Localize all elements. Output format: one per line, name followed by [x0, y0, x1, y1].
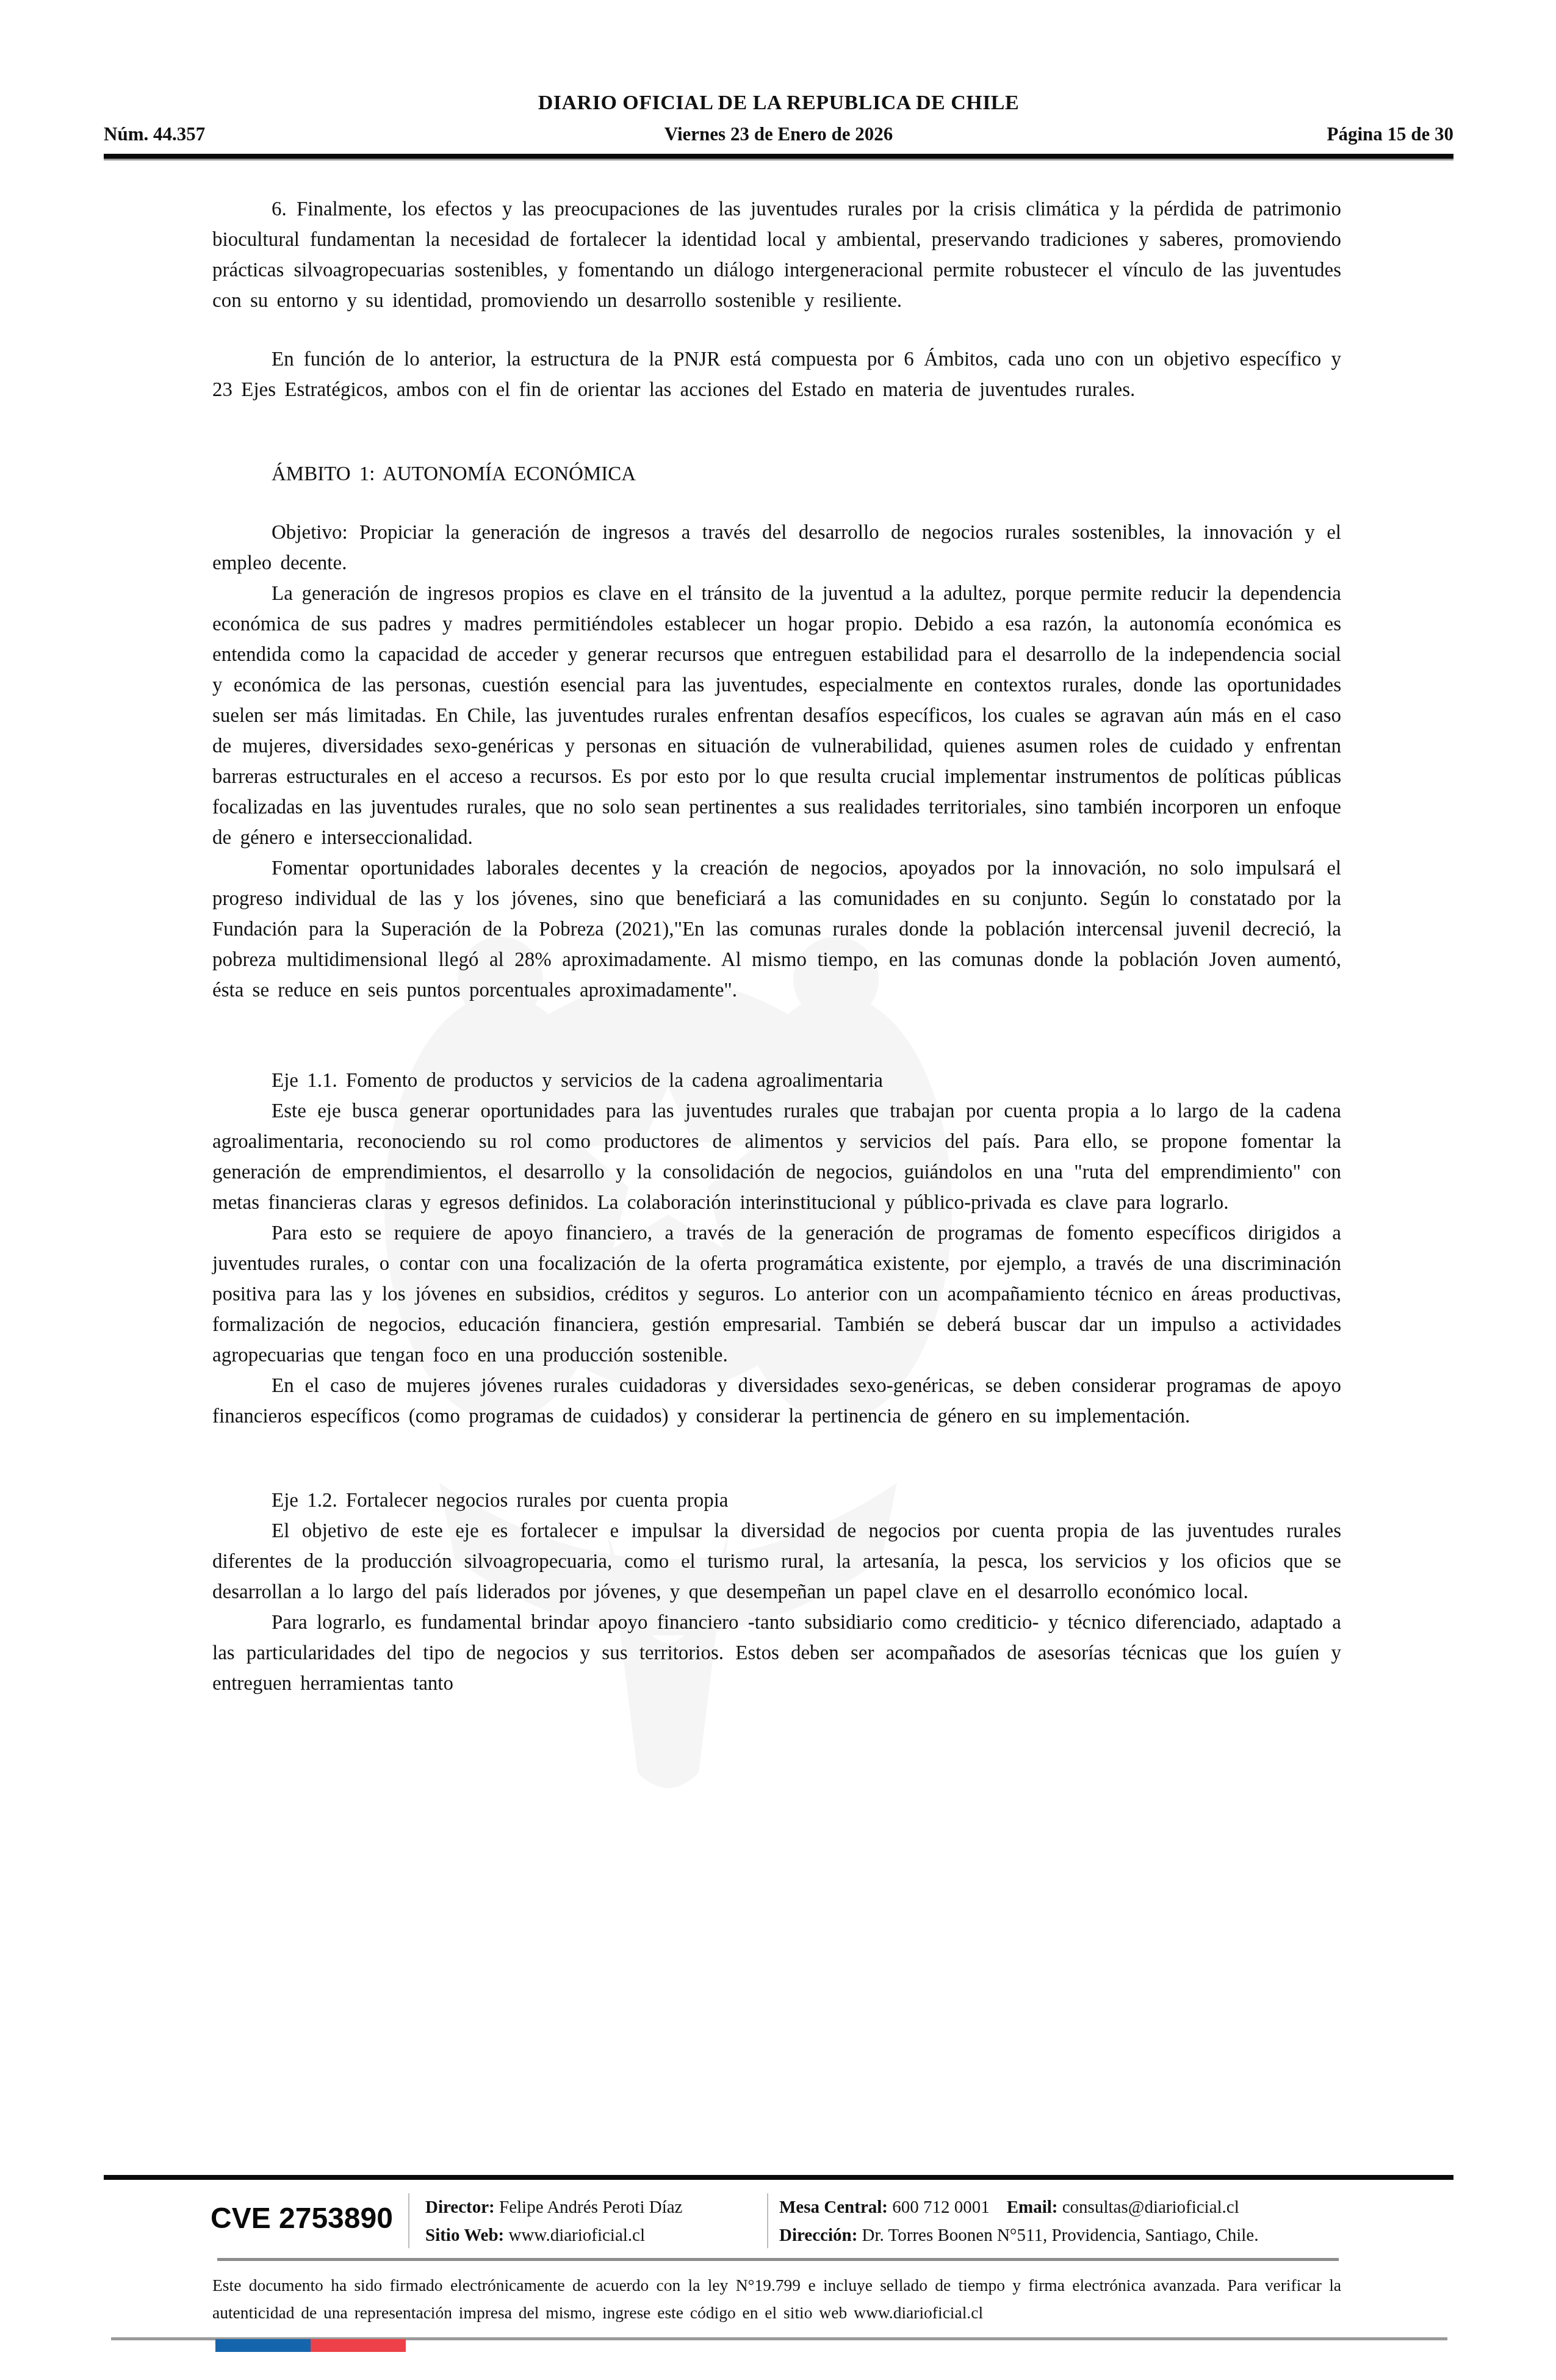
section-heading: ÁMBITO 1: AUTONOMÍA ECONÓMICA: [212, 459, 1341, 489]
director-line: Director: Felipe Andrés Peroti Díaz: [425, 2193, 682, 2221]
paragraph: Para esto se requiere de apoyo financier…: [212, 1218, 1341, 1371]
footer-top-rule: [104, 2175, 1453, 2180]
section-heading: Eje 1.1. Fomento de productos y servicio…: [212, 1066, 1341, 1096]
page-header: DIARIO OFICIAL DE LA REPUBLICA DE CHILE …: [104, 92, 1453, 145]
section-heading: Eje 1.2. Fortalecer negocios rurales por…: [212, 1485, 1341, 1516]
flag-red-band: [311, 2339, 406, 2352]
paragraph: Este eje busca generar oportunidades par…: [212, 1096, 1341, 1218]
paragraph: Para lograrlo, es fundamental brindar ap…: [212, 1607, 1341, 1699]
email-label: Email:: [1007, 2198, 1058, 2217]
header-meta-row: Núm. 44.357 Viernes 23 de Enero de 2026 …: [104, 123, 1453, 145]
paragraph: En función de lo anterior, la estructura…: [212, 344, 1341, 405]
paragraph: En el caso de mujeres jóvenes rurales cu…: [212, 1371, 1341, 1432]
sitio-web-label: Sitio Web:: [425, 2226, 504, 2245]
sitio-web-value: www.diarioficial.cl: [508, 2226, 645, 2245]
direccion-line: Dirección: Dr. Torres Boonen N°511, Prov…: [779, 2221, 1258, 2249]
paragraph: Fomentar oportunidades laborales decente…: [212, 853, 1341, 1006]
issue-date: Viernes 23 de Enero de 2026: [104, 123, 1453, 145]
footer-mid-rule: [217, 2258, 1339, 2261]
legal-notice: Este documento ha sido firmado electróni…: [212, 2271, 1341, 2326]
chile-flag-icon: [215, 2339, 406, 2352]
gazette-page: DIARIO OFICIAL DE LA REPUBLICA DE CHILE …: [0, 0, 1556, 2380]
paragraph: El objetivo de este eje es fortalecer e …: [212, 1516, 1341, 1607]
footer-divider: [767, 2193, 768, 2248]
gazette-title: DIARIO OFICIAL DE LA REPUBLICA DE CHILE: [104, 92, 1453, 115]
email-value: consultas@diarioficial.cl: [1062, 2198, 1239, 2217]
paragraph: Objetivo: Propiciar la generación de ing…: [212, 517, 1341, 579]
director-name: Felipe Andrés Peroti Díaz: [499, 2198, 682, 2217]
mesa-central-line: Mesa Central: 600 712 0001Email: consult…: [779, 2193, 1258, 2221]
header-rule: [104, 154, 1453, 160]
mesa-central-value: 600 712 0001: [892, 2198, 990, 2217]
document-body: 6. Finalmente, los efectos y las preocup…: [212, 194, 1341, 1699]
flag-blue-band: [215, 2339, 311, 2352]
direccion-label: Dirección:: [779, 2226, 857, 2245]
paragraph: 6. Finalmente, los efectos y las preocup…: [212, 194, 1341, 316]
footer-contact-column: Mesa Central: 600 712 0001Email: consult…: [779, 2193, 1258, 2249]
mesa-central-label: Mesa Central:: [779, 2198, 888, 2217]
direccion-value: Dr. Torres Boonen N°511, Providencia, Sa…: [862, 2226, 1259, 2245]
footer-divider: [408, 2193, 409, 2248]
director-label: Director:: [425, 2198, 495, 2217]
cve-code: CVE 2753890: [211, 2202, 393, 2235]
footer-director-column: Director: Felipe Andrés Peroti Díaz Siti…: [425, 2193, 682, 2249]
footer-info-block: CVE 2753890 Director: Felipe Andrés Pero…: [211, 2193, 1336, 2249]
paragraph: La generación de ingresos propios es cla…: [212, 579, 1341, 853]
sitio-web-line: Sitio Web: www.diarioficial.cl: [425, 2221, 682, 2249]
